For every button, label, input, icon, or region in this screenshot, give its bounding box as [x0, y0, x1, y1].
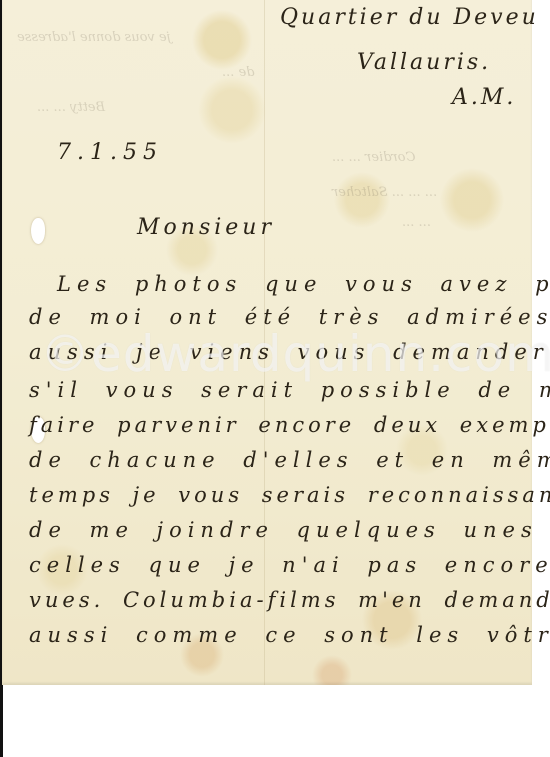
copyright-watermark: ©edwardquinn.com [40, 325, 550, 383]
address-line-3: A.M. [452, 85, 516, 110]
body-line: celles que je n'ai pas encore [29, 553, 550, 577]
body-line: vues. Columbia-films m'en demandent, [29, 588, 550, 612]
bleed-through-text: ... ... [402, 215, 431, 230]
body-line: aussi comme ce sont les vôtres [29, 623, 550, 647]
body-line: de chacune d'elles et en même [29, 448, 550, 472]
bleed-through-text: de ... [222, 65, 255, 80]
letter-date: 7.1.55 [57, 140, 163, 165]
bleed-through-text: ... ... ... Saltcher [332, 185, 437, 200]
salutation: Monsieur [137, 215, 275, 240]
body-line: Les photos que vous avez prises [57, 272, 550, 296]
bleed-through-text: Betty ... ... [37, 100, 105, 115]
bleed-through-text: Cordier ... ... [332, 150, 415, 165]
punch-hole [31, 218, 45, 244]
address-line-2: Vallauris. [357, 50, 491, 75]
body-line: de me joindre quelques unes de [29, 518, 550, 542]
address-line-1: Quartier du Deveu [280, 5, 539, 30]
body-line: temps je vous serais reconnaissante [29, 483, 550, 507]
bleed-through-text: je vous donne l'adresse [17, 30, 171, 45]
body-line: faire parvenir encore deux exemplaires [29, 413, 550, 437]
